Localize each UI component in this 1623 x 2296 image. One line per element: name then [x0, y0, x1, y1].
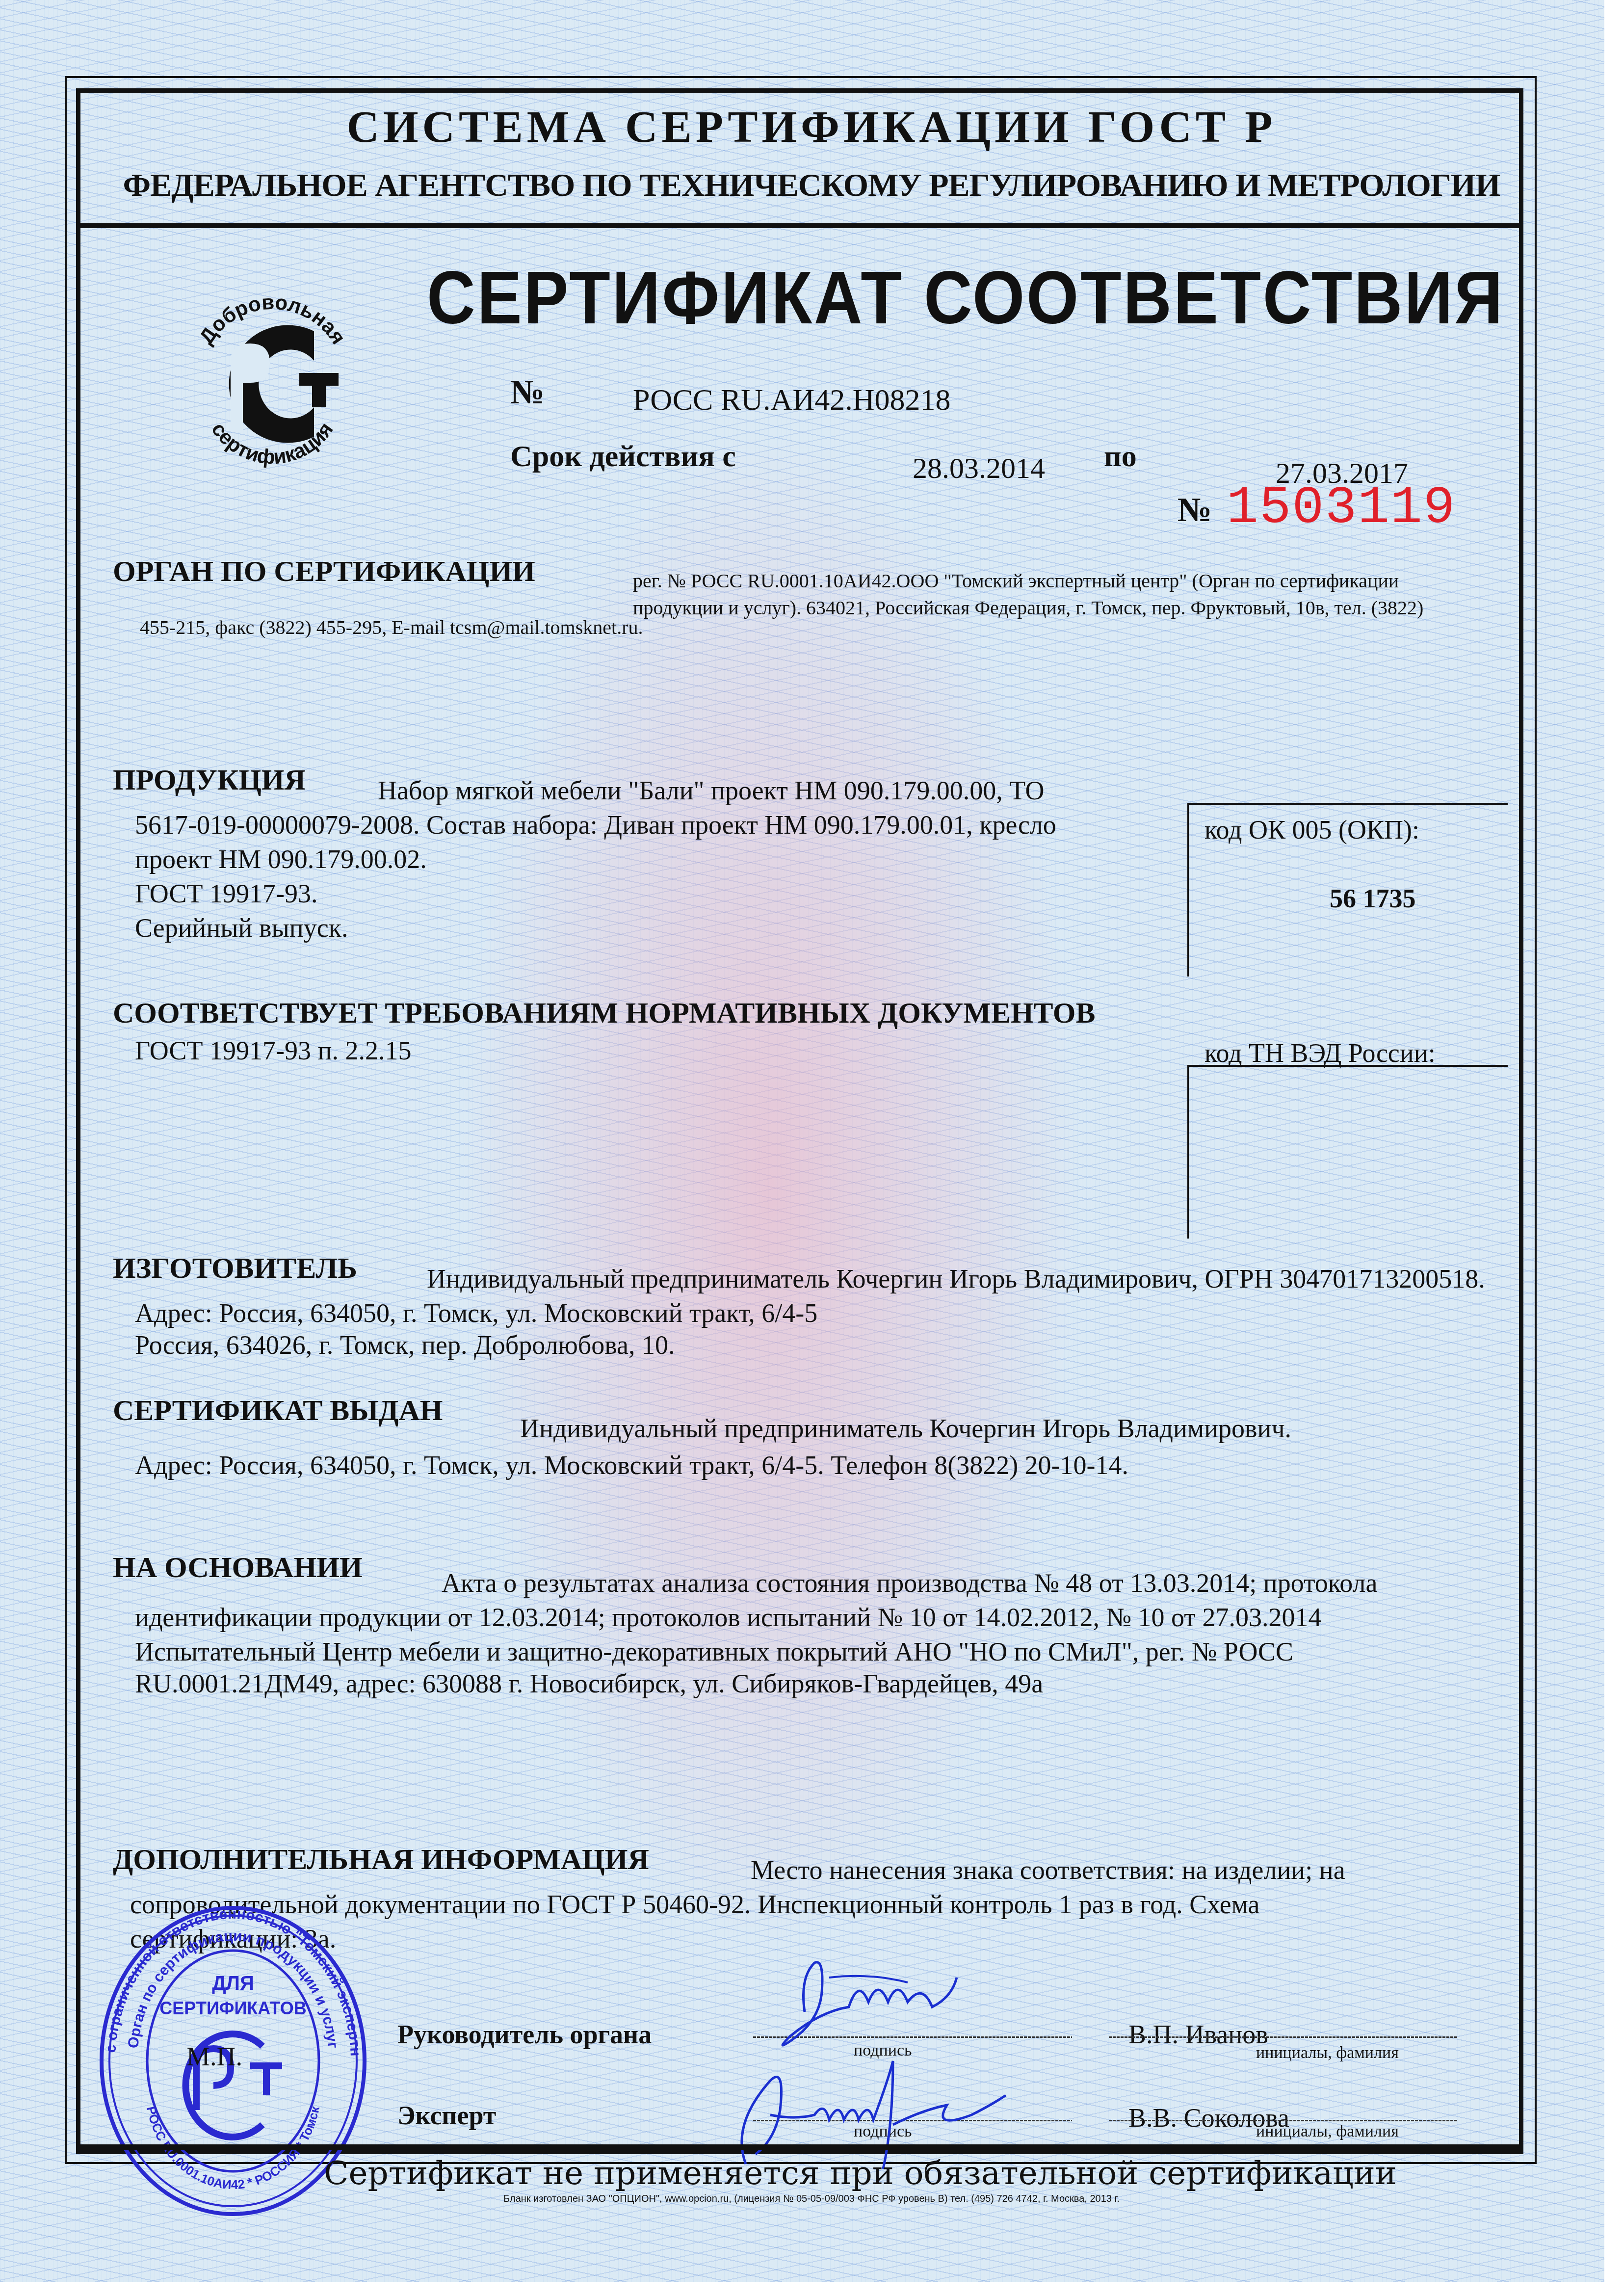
- svg-text:ДЛЯ: ДЛЯ: [212, 1973, 254, 1994]
- head-name: В.П. Иванов: [1128, 2019, 1268, 2050]
- svg-text:СЕРТИФИКАТОВ: СЕРТИФИКАТОВ: [159, 1998, 306, 2018]
- basis-line-4: RU.0001.21ДМ49, адрес: 630088 г. Новосиб…: [135, 1668, 1043, 1699]
- issued-to-line-1: Индивидуальный предприниматель Кочергин …: [520, 1413, 1291, 1444]
- document-title: СЕРТИФИКАТ СООТВЕТСТВИЯ: [427, 255, 1504, 341]
- valid-from-date: 28.03.2014: [913, 451, 1045, 485]
- product-line-3: проект НМ 090.179.00.02.: [135, 844, 427, 874]
- printer-imprint: Бланк изготовлен ЗАО "ОПЦИОН", www.opcio…: [0, 2193, 1623, 2205]
- valid-to-label: по: [1104, 439, 1137, 474]
- basis-label: НА ОСНОВАНИИ: [113, 1551, 363, 1584]
- expert-name-line: [1109, 2120, 1457, 2121]
- product-line-5: Серийный выпуск.: [135, 913, 348, 943]
- basis-line-1: Акта о результатах анализа состояния про…: [442, 1568, 1378, 1598]
- head-name-line: [1109, 2036, 1457, 2038]
- product-line-1: Набор мягкой мебели "Бали" проект НМ 090…: [378, 775, 1045, 806]
- cert-body-line-2: продукции и услуг). 634021, Российская Ф…: [633, 596, 1423, 619]
- cert-body-label: ОРГАН ПО СЕРТИФИКАЦИИ: [113, 554, 535, 588]
- conformity-standard: ГОСТ 19917-93 п. 2.2.15: [135, 1035, 411, 1066]
- number-sign: №: [510, 373, 545, 412]
- bottom-inner-rule: [76, 2144, 1523, 2150]
- tnved-code-box: [1187, 1065, 1508, 1239]
- system-title: СИСТЕМА СЕРТИФИКАЦИИ ГОСТ Р: [0, 101, 1623, 153]
- okp-label: код ОК 005 (ОКП):: [1204, 815, 1419, 845]
- additional-line-1: Место нанесения знака соответствия: на и…: [751, 1855, 1345, 1885]
- cert-body-line-3: 455-215, факс (3822) 455-295, E-mail tcs…: [140, 616, 643, 639]
- product-line-2: 5617-019-00000079-2008. Состав набора: Д…: [135, 810, 1056, 840]
- cert-body-line-1: рег. № РОСС RU.0001.10АИ42.ООО "Томский …: [633, 569, 1399, 592]
- header-divider: [76, 223, 1523, 228]
- conformity-label: СООТВЕТСТВУЕТ ТРЕБОВАНИЯМ НОРМАТИВНЫХ ДО…: [113, 996, 1096, 1030]
- head-of-body-label: Руководитель органа: [397, 2019, 652, 2050]
- issued-to-line-2: Адрес: Россия, 634050, г. Томск, ул. Мос…: [135, 1450, 1128, 1480]
- seal-place-label: М.П.: [186, 2041, 242, 2072]
- manufacturer-line-3: Россия, 634026, г. Томск, пер. Добролюбо…: [135, 1330, 675, 1360]
- additional-info-label: ДОПОЛНИТЕЛЬНАЯ ИНФОРМАЦИЯ: [113, 1843, 649, 1876]
- manufacturer-line-2: Адрес: Россия, 634050, г. Томск, ул. Мос…: [135, 1298, 817, 1328]
- basis-line-3: Испытательный Центр мебели и защитно-дек…: [135, 1636, 1293, 1667]
- blank-number-sign: №: [1178, 491, 1212, 530]
- blank-serial-number: 1503119: [1227, 478, 1456, 538]
- head-name-caption: инициалы, фамилия: [1256, 2044, 1399, 2062]
- basis-line-2: идентификации продукции от 12.03.2014; п…: [135, 1602, 1321, 1633]
- voluntary-note: Сертификат не применяется при обязательн…: [324, 2154, 1397, 2192]
- agency-title: ФЕДЕРАЛЬНОЕ АГЕНТСТВО ПО ТЕХНИЧЕСКОМУ РЕ…: [0, 167, 1623, 204]
- head-signature-icon: [746, 1948, 971, 2061]
- okp-value: 56 1735: [1330, 883, 1416, 914]
- issued-to-label: СЕРТИФИКАТ ВЫДАН: [113, 1394, 443, 1427]
- tnved-label: код ТН ВЭД России:: [1204, 1038, 1436, 1068]
- rst-logo-icon: Добровольная сертификация: [167, 275, 378, 486]
- product-label: ПРОДУКЦИЯ: [113, 763, 306, 797]
- validity-label: Срок действия с: [510, 439, 736, 474]
- expert-name-caption: инициалы, фамилия: [1256, 2122, 1399, 2141]
- manufacturer-line-1: Индивидуальный предприниматель Кочергин …: [427, 1264, 1485, 1294]
- product-line-4: ГОСТ 19917-93.: [135, 878, 318, 909]
- certificate-number: РОСС RU.АИ42.Н08218: [633, 383, 950, 418]
- expert-label: Эксперт: [397, 2100, 496, 2131]
- manufacturer-label: ИЗГОТОВИТЕЛЬ: [113, 1251, 357, 1285]
